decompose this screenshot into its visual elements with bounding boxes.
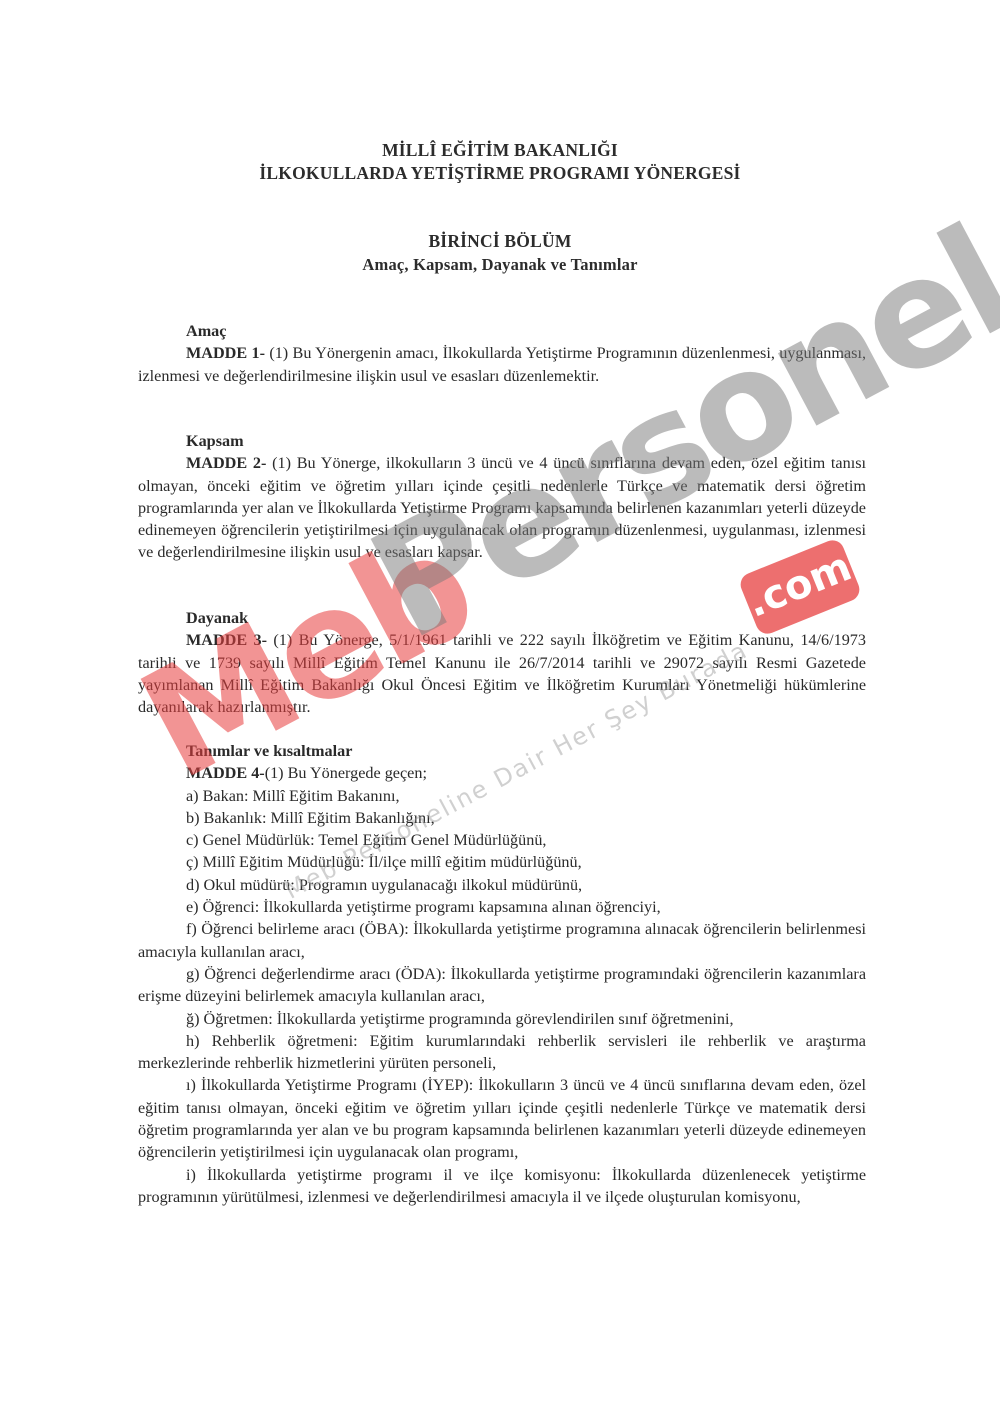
article-4: Tanımlar ve kısaltmalar MADDE 4-(1) Bu Y…: [138, 740, 866, 1208]
definition-item: h) Rehberlik öğretmeni: Eğitim kurumları…: [138, 1030, 866, 1075]
definition-item: a) Bakan: Millî Eğitim Bakanını,: [138, 785, 866, 807]
definition-item: e) Öğrenci: İlkokullarda yetiştirme prog…: [138, 896, 866, 918]
definition-item: ı) İlkokullarda Yetiştirme Programı (İYE…: [138, 1074, 866, 1163]
definition-item: g) Öğrenci değerlendirme aracı (ÖDA): İl…: [138, 963, 866, 1008]
article-label: MADDE 2-: [186, 454, 266, 472]
section-title: BİRİNCİ BÖLÜM: [0, 231, 1000, 252]
article-heading: Tanımlar ve kısaltmalar: [138, 740, 866, 762]
article-3: Dayanak MADDE 3- (1) Bu Yönerge, 5/1/196…: [138, 607, 866, 718]
article-text: MADDE 4-(1) Bu Yönergede geçen;: [138, 762, 866, 784]
document-page: MİLLÎ EĞİTİM BAKANLIĞI İLKOKULLARDA YETİ…: [0, 0, 1000, 1411]
article-heading: Kapsam: [138, 430, 866, 452]
definition-item: ç) Millî Eğitim Müdürlüğü: İl/ilçe millî…: [138, 851, 866, 873]
definition-item: c) Genel Müdürlük: Temel Eğitim Genel Mü…: [138, 829, 866, 851]
article-text: MADDE 2- (1) Bu Yönerge, ilkokulların 3 …: [138, 452, 866, 563]
definition-item: i) İlkokullarda yetiştirme programı il v…: [138, 1164, 866, 1209]
article-2: Kapsam MADDE 2- (1) Bu Yönerge, ilkokull…: [138, 430, 866, 564]
article-body: (1) Bu Yönergede geçen;: [265, 764, 427, 782]
definitions-short-list: a) Bakan: Millî Eğitim Bakanını, b) Baka…: [138, 785, 866, 919]
directive-title: İLKOKULLARDA YETİŞTİRME PROGRAMI YÖNERGE…: [0, 163, 1000, 184]
article-label: MADDE 4-: [186, 764, 265, 782]
article-text: MADDE 3- (1) Bu Yönerge, 5/1/1961 tarihl…: [138, 629, 866, 718]
definition-item: f) Öğrenci belirleme aracı (ÖBA): İlkoku…: [138, 918, 866, 963]
article-label: MADDE 3-: [186, 631, 267, 649]
article-1: Amaç MADDE 1- (1) Bu Yönergenin amacı, İ…: [138, 320, 866, 387]
article-heading: Amaç: [138, 320, 866, 342]
article-text: MADDE 1- (1) Bu Yönergenin amacı, İlkoku…: [138, 342, 866, 387]
article-label: MADDE 1-: [186, 344, 265, 362]
definition-item: d) Okul müdürü: Programın uygulanacağı i…: [138, 874, 866, 896]
definition-item: ğ) Öğretmen: İlkokullarda yetiştirme pro…: [138, 1008, 866, 1030]
ministry-title: MİLLÎ EĞİTİM BAKANLIĞI: [0, 140, 1000, 161]
section-subtitle: Amaç, Kapsam, Dayanak ve Tanımlar: [0, 255, 1000, 275]
definition-item: b) Bakanlık: Millî Eğitim Bakanlığını,: [138, 807, 866, 829]
definitions-long-list: f) Öğrenci belirleme aracı (ÖBA): İlkoku…: [138, 918, 866, 1208]
article-heading: Dayanak: [138, 607, 866, 629]
